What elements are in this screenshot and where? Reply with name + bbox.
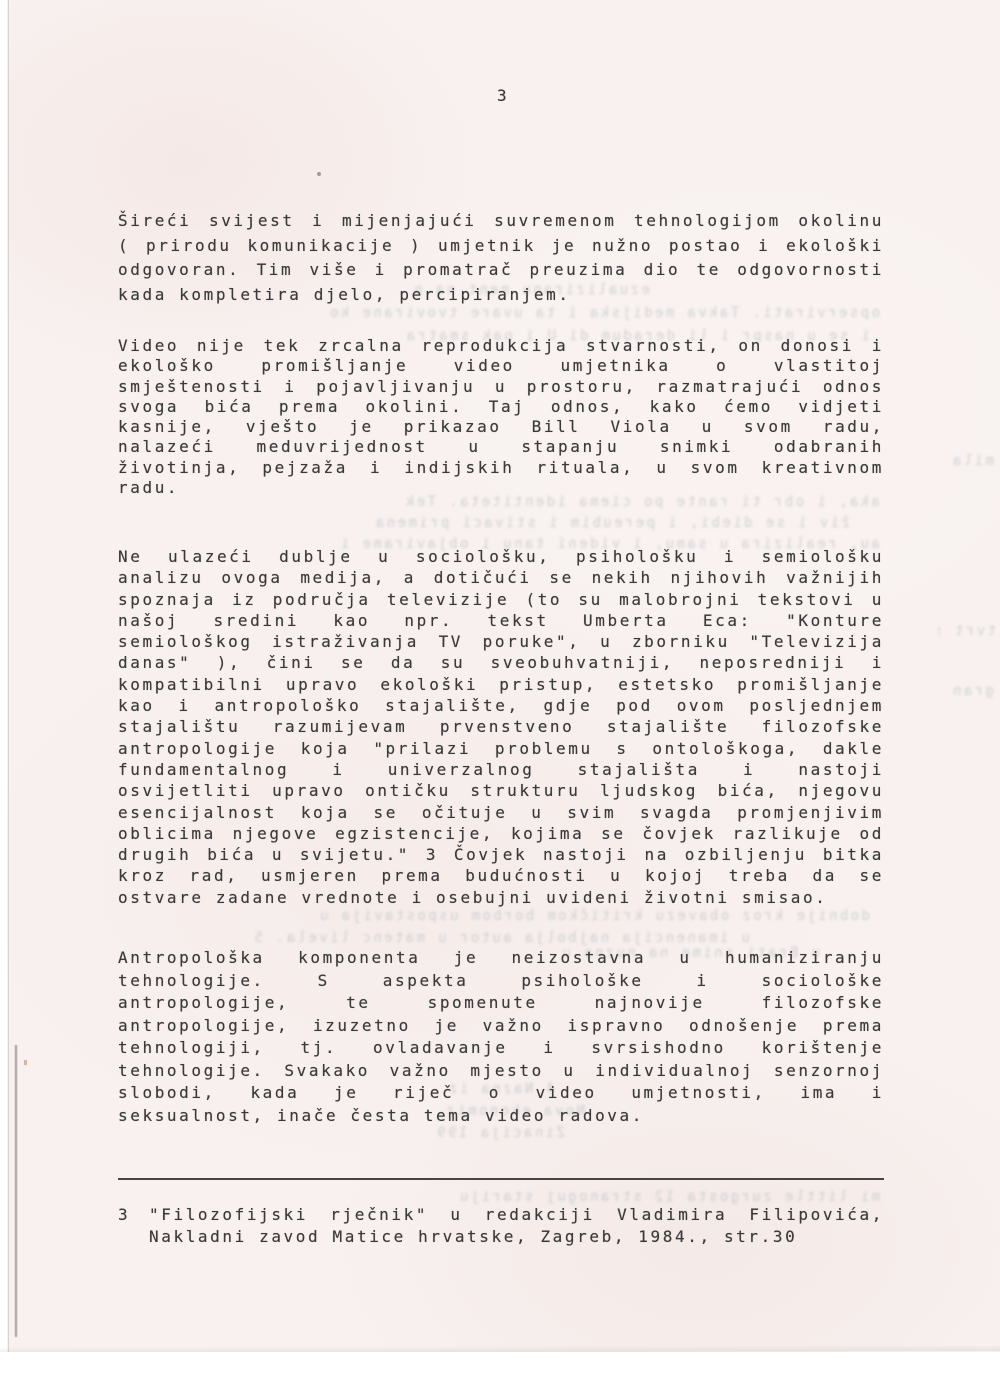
scan-scratch-line xyxy=(15,1045,17,1337)
text-line: kompatibilni upravo ekološki pristup, es… xyxy=(118,674,884,695)
text-line: kao i antropološko stajalište, gdje pod … xyxy=(118,695,884,716)
text-line: Ne ulazeći dublje u sociološku, psihološ… xyxy=(118,546,884,567)
text-line: ( prirodu komunikacije ) umjetnik je nuž… xyxy=(118,234,884,259)
footnote: 3 "Filozofijski rječnik" u redakciji Vla… xyxy=(118,1204,884,1248)
ghost-text-line: mila xyxy=(946,452,994,470)
text-line: tehnologiji, tj. ovladavanje i svrsishod… xyxy=(118,1037,884,1060)
ghost-text-line: gran xyxy=(948,682,994,700)
text-line: kasnije, vješto je prikazao Bill Viola u… xyxy=(118,417,884,437)
footnote-text: "Filozofijski rječnik" u redakciji Vladi… xyxy=(149,1204,884,1248)
paragraph: Ne ulazeći dublje u sociološku, psihološ… xyxy=(118,546,884,908)
page-number: 3 xyxy=(497,86,509,105)
text-line: antropologije, izuzetno je važno ispravn… xyxy=(118,1015,884,1038)
text-line: spoznaja iz područja televizije (to su m… xyxy=(118,589,884,610)
text-line: Antropološka komponenta je neizostavna u… xyxy=(118,947,884,970)
text-line: oblicima njegove egzistencije, kojima se… xyxy=(118,823,884,844)
text-line: esencijalnost koja se očituje u svim sva… xyxy=(118,802,884,823)
text-line: Video nije tek zrcalna reprodukcija stva… xyxy=(118,336,884,356)
scan-speck xyxy=(24,1060,27,1065)
text-line: ostvare zadane vrednote i osebujni uvide… xyxy=(118,887,884,908)
footnote-number: 3 xyxy=(118,1204,149,1248)
text-line: danas" ), čini se da su sveobuhvatniji, … xyxy=(118,652,884,673)
text-line: svoga bića prema okolini. Taj odnos, kak… xyxy=(118,397,884,417)
text-line: slobodi, kada je riječ o video umjetnost… xyxy=(118,1082,884,1105)
scanner-bed-margin xyxy=(0,1352,1000,1376)
text-line: nalazeći meduvrijednost u stapanju snimk… xyxy=(118,437,884,457)
ghost-text-line: tvrt su xyxy=(938,622,996,640)
text-line: analizu ovoga medija, a dotičući se neki… xyxy=(118,567,884,588)
text-line: fundamentalnog i univerzalnog stajališta… xyxy=(118,759,884,780)
text-line: stajalištu razumijevam prvenstveno staja… xyxy=(118,716,884,737)
text-line: odgovoran. Tim više i promatrač preuzima… xyxy=(118,258,884,283)
text-line: radu. xyxy=(118,478,884,498)
paragraph: Video nije tek zrcalna reprodukcija stva… xyxy=(118,336,884,498)
text-line: ekološko promišljanje video umjetnika o … xyxy=(118,356,884,376)
ghost-text-line: dobnije kroz obavezu kritičkom borbom us… xyxy=(150,907,870,925)
text-line: Nakladni zavod Matice hrvatske, Zagreb, … xyxy=(149,1226,884,1248)
text-line: tehnologije. S aspekta psihološke i soci… xyxy=(118,970,884,993)
paragraph: Šireći svijest i mijenjajući suvremenom … xyxy=(118,209,884,307)
text-line: antropologije, te spomenute najnovije fi… xyxy=(118,992,884,1015)
text-line: drugih bića u svijetu." 3 Čovjek nastoji… xyxy=(118,844,884,865)
text-line: seksualnost, inače česta tema video rado… xyxy=(118,1105,884,1128)
text-line: kroz rad, usmjeren prema budućnosti u ko… xyxy=(118,865,884,886)
text-line: smještenosti i pojavljivanju u prostoru,… xyxy=(118,377,884,397)
text-line: Šireći svijest i mijenjajući suvremenom … xyxy=(118,209,884,234)
text-line: osvijetliti upravo ontičku strukturu lju… xyxy=(118,780,884,801)
text-line: semiološkog istraživanja TV poruke", u z… xyxy=(118,631,884,652)
scan-speck xyxy=(317,172,321,176)
text-line: našoj sredini kao npr. tekst Umberta Eca… xyxy=(118,610,884,631)
text-line: kada kompletira djelo, percipiranjem. xyxy=(118,283,884,308)
text-line: životinja, pejzaža i indijskih rituala, … xyxy=(118,458,884,478)
text-line: antropologije koja "prilazi problemu s o… xyxy=(118,738,884,759)
page-fold-line xyxy=(8,0,9,1352)
screenshot-root: ezualiziranu ment na n opservirati. Takv… xyxy=(0,0,1000,1376)
ghost-text-line: živ i se diebi, i pereubim i stivaci pri… xyxy=(150,514,850,532)
paragraph: Antropološka komponenta je neizostavna u… xyxy=(118,947,884,1127)
text-line: tehnologije. Svakako važno mjesto u indi… xyxy=(118,1060,884,1083)
text-line: "Filozofijski rječnik" u redakciji Vladi… xyxy=(149,1204,884,1226)
footnote-divider xyxy=(118,1178,884,1180)
